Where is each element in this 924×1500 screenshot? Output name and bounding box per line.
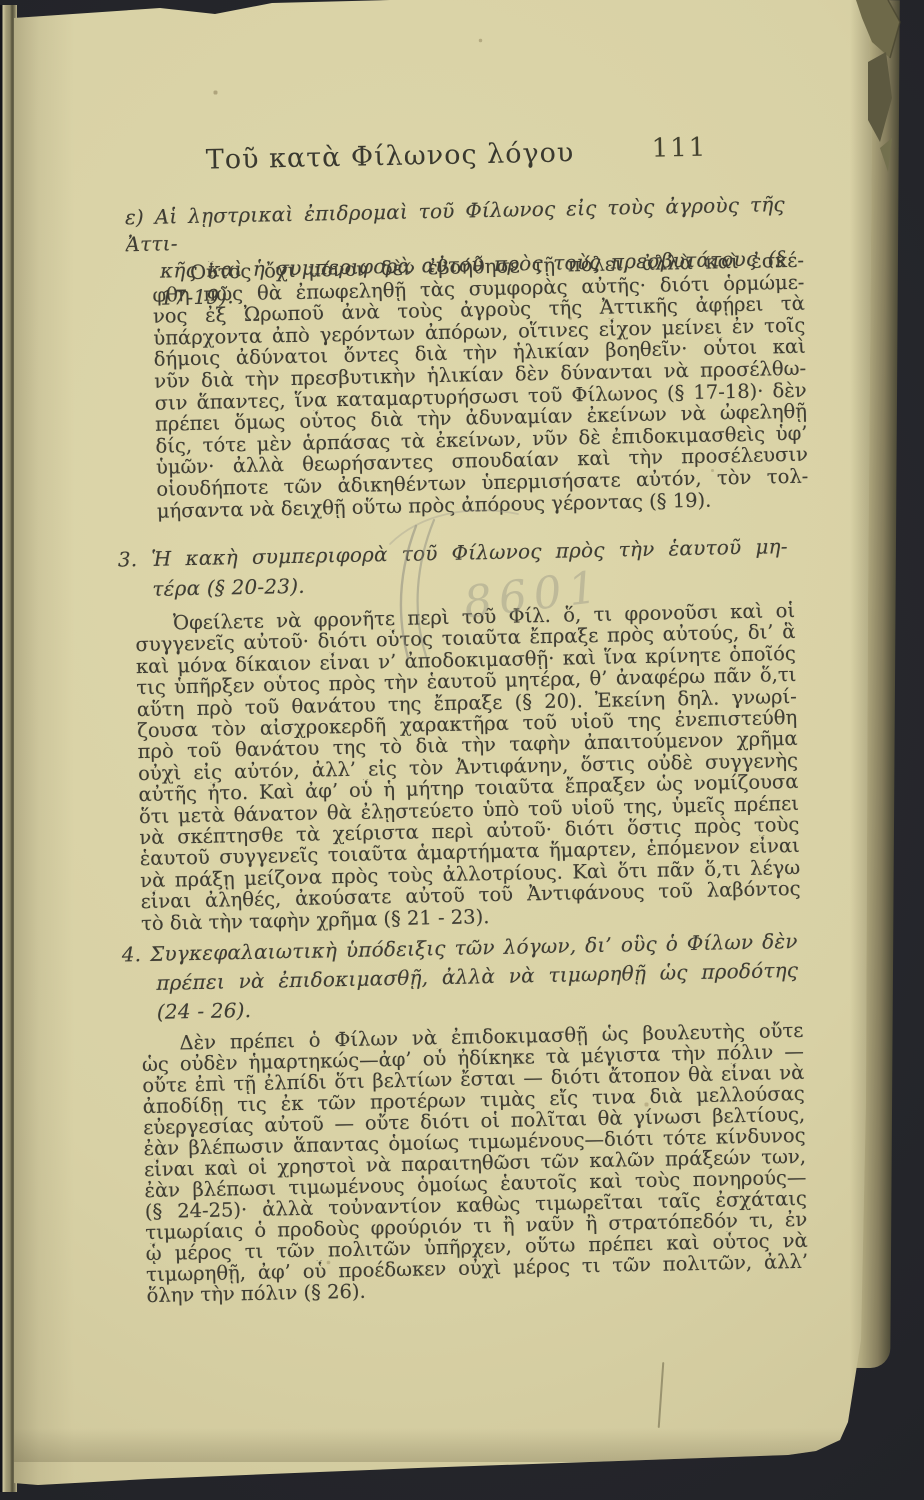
gutter-shadow xyxy=(10,0,74,1490)
foxing-specks xyxy=(10,0,11,1)
pencil-annotation: 8601 xyxy=(350,508,680,668)
book-page: Τοῦ κατὰ Φίλωνος λόγου 111 ε) Αἱ λῃστρικ… xyxy=(10,0,876,1490)
bottom-edge-shadow xyxy=(10,1428,876,1462)
paper-tear xyxy=(658,1362,665,1428)
page-title: Τοῦ κατὰ Φίλωνος λόγου xyxy=(206,137,575,175)
page-number: 111 xyxy=(651,133,707,164)
page-content: Τοῦ κατὰ Φίλωνος λόγου 111 ε) Αἱ λῃστρικ… xyxy=(99,117,834,1381)
torn-page-fragment xyxy=(840,0,924,190)
section-4-heading: 4. Συγκεφαλαιωτικὴ ὑπόδειξις τῶν λόγων, … xyxy=(121,927,799,1028)
paragraph-1: Οὗτος ὄχι μόνον δὲν ἐβοήθησε τῇ πόλει, ἀ… xyxy=(152,250,809,522)
pencil-digits: 8601 xyxy=(461,561,606,629)
scanned-book-photo: Τοῦ κατὰ Φίλωνος λόγου 111 ε) Αἱ λῃστρικ… xyxy=(0,0,924,1500)
paragraph-3: Δὲν πρέπει ὁ Φίλων νὰ ἐπιδοκιμασθῇ ὡς βο… xyxy=(141,1020,808,1306)
